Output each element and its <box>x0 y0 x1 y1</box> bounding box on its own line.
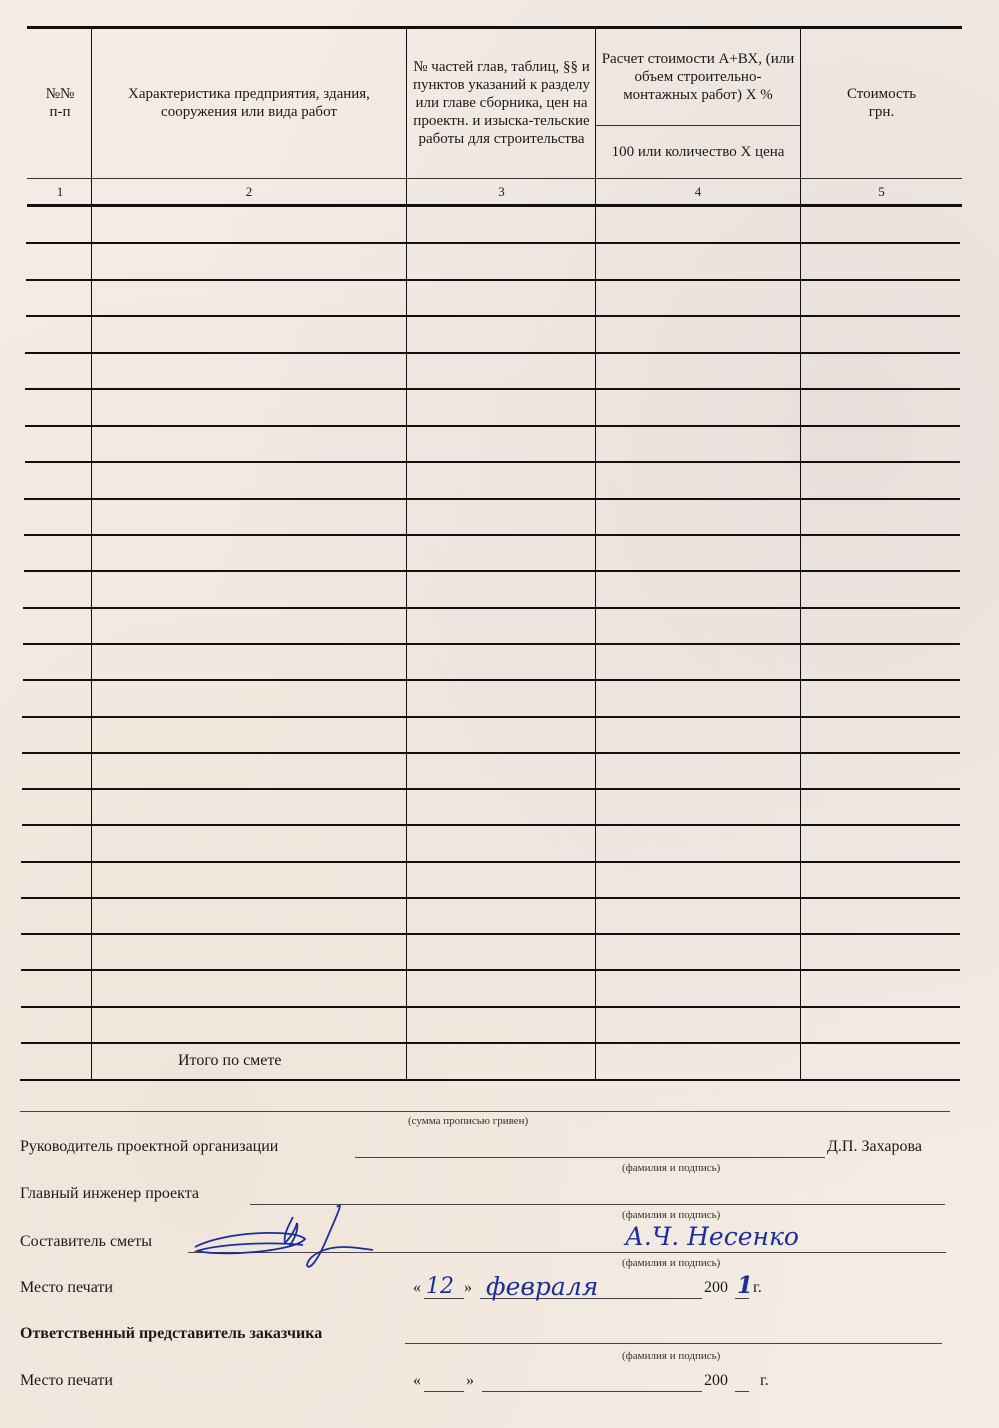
number-row-bottom <box>27 204 962 207</box>
table-row[interactable] <box>21 969 960 971</box>
table-row[interactable] <box>23 643 960 645</box>
date-1-month: февраля <box>486 1272 598 1301</box>
stamp-place-2-label: Место печати <box>20 1372 113 1390</box>
head-of-org-signature-line[interactable] <box>355 1157 825 1158</box>
table-row[interactable] <box>24 534 960 536</box>
table-row[interactable] <box>23 607 960 609</box>
table-row[interactable] <box>22 824 960 826</box>
table-row[interactable] <box>21 861 960 863</box>
table-row[interactable] <box>23 679 960 681</box>
chief-engineer-label: Главный инженер проекта <box>20 1185 199 1203</box>
col-divider-1 <box>91 26 92 1080</box>
header-col-calc-bottom: 100 или количество Х цена <box>598 127 798 177</box>
date-1-year-prefix: 200 <box>704 1279 728 1297</box>
date-1-year-unit: г. <box>753 1279 762 1297</box>
estimator-handwritten-name: А.Ч. Несенко <box>625 1222 799 1251</box>
col-divider-3 <box>595 26 596 1080</box>
date-1-day: 12 <box>426 1274 454 1299</box>
date-1-open-quote: « <box>413 1279 421 1297</box>
table-row[interactable] <box>21 933 960 935</box>
header-col-characteristic-text: Характеристика предприятия, здания, соор… <box>94 85 404 121</box>
header-col-calc-bottom-text: 100 или количество Х цена <box>603 143 793 161</box>
stamp-place-1-label: Место печати <box>20 1279 113 1297</box>
table-top-border <box>27 26 962 29</box>
column-number-4: 4 <box>598 184 798 200</box>
header-col-number: №№ п-п <box>30 30 90 176</box>
date-2-year-prefix: 200 <box>704 1372 728 1390</box>
column-number-5: 5 <box>803 184 960 200</box>
table-row[interactable] <box>25 461 960 463</box>
table-row[interactable] <box>22 716 960 718</box>
table-row[interactable] <box>24 570 960 572</box>
total-row-label: Итого по смете <box>178 1052 281 1070</box>
col-divider-2 <box>406 26 407 1080</box>
header-col-characteristic: Характеристика предприятия, здания, соор… <box>94 30 404 176</box>
column-number-2: 2 <box>94 184 404 200</box>
date-2-close-quote: » <box>466 1372 474 1390</box>
table-row[interactable] <box>25 352 960 354</box>
head-of-org-caption: (фамилия и подпись) <box>622 1162 720 1174</box>
header-col-references: № частей глав, таблиц, §§ и пунктов указ… <box>409 30 594 176</box>
header-col-calc-top: Расчет стоимости А+ВХ, (или объем строит… <box>598 30 798 124</box>
table-row[interactable] <box>21 1042 960 1044</box>
estimator-signature-icon <box>185 1195 380 1275</box>
table-row[interactable] <box>24 498 960 500</box>
table-row[interactable] <box>21 897 960 899</box>
date-2-day-line[interactable] <box>424 1391 464 1392</box>
customer-rep-signature-line[interactable] <box>405 1343 942 1344</box>
table-row[interactable] <box>25 388 960 390</box>
date-1-close-quote: » <box>464 1279 472 1297</box>
paper-background <box>0 0 999 1428</box>
header-divider <box>27 178 962 179</box>
header-col-calc-top-text: Расчет стоимости А+ВХ, (или объем строит… <box>598 50 798 104</box>
table-row[interactable] <box>22 752 960 754</box>
date-1-year-suffix: 1 <box>737 1272 753 1299</box>
table-row[interactable] <box>21 1006 960 1008</box>
header-col-number-text: №№ п-п <box>40 85 80 121</box>
date-2-year-unit: г. <box>760 1372 769 1390</box>
column-number-1: 1 <box>30 184 90 200</box>
chief-engineer-caption: (фамилия и подпись) <box>622 1209 720 1221</box>
header-col-references-text: № частей глав, таблиц, §§ и пунктов указ… <box>409 58 594 148</box>
column-number-3: 3 <box>409 184 594 200</box>
date-2-open-quote: « <box>413 1372 421 1390</box>
table-row[interactable] <box>26 279 960 281</box>
table-row[interactable] <box>26 315 960 317</box>
table-bottom-border <box>20 1079 960 1081</box>
col-divider-4 <box>800 26 801 1080</box>
table-row[interactable] <box>25 425 960 427</box>
customer-rep-label: Ответственный представитель заказчика <box>20 1325 322 1343</box>
header-col-cost-text: Стоимость грн. <box>842 85 922 121</box>
date-1-year-line[interactable] <box>735 1298 749 1299</box>
table-row[interactable] <box>26 242 960 244</box>
sum-in-words-caption: (сумма прописью гривен) <box>408 1115 528 1127</box>
date-2-year-line[interactable] <box>735 1391 749 1392</box>
customer-rep-caption: (фамилия и подпись) <box>622 1350 720 1362</box>
head-of-org-label: Руководитель проектной организации <box>20 1138 278 1156</box>
date-2-month-line[interactable] <box>482 1391 702 1392</box>
head-of-org-name: Д.П. Захарова <box>827 1138 922 1156</box>
header-col-cost: Стоимость грн. <box>803 30 960 176</box>
sum-in-words-line[interactable] <box>20 1111 950 1112</box>
estimator-label: Составитель сметы <box>20 1233 152 1251</box>
table-row[interactable] <box>22 788 960 790</box>
col4-subdivider <box>596 125 801 126</box>
estimator-caption: (фамилия и подпись) <box>622 1257 720 1269</box>
